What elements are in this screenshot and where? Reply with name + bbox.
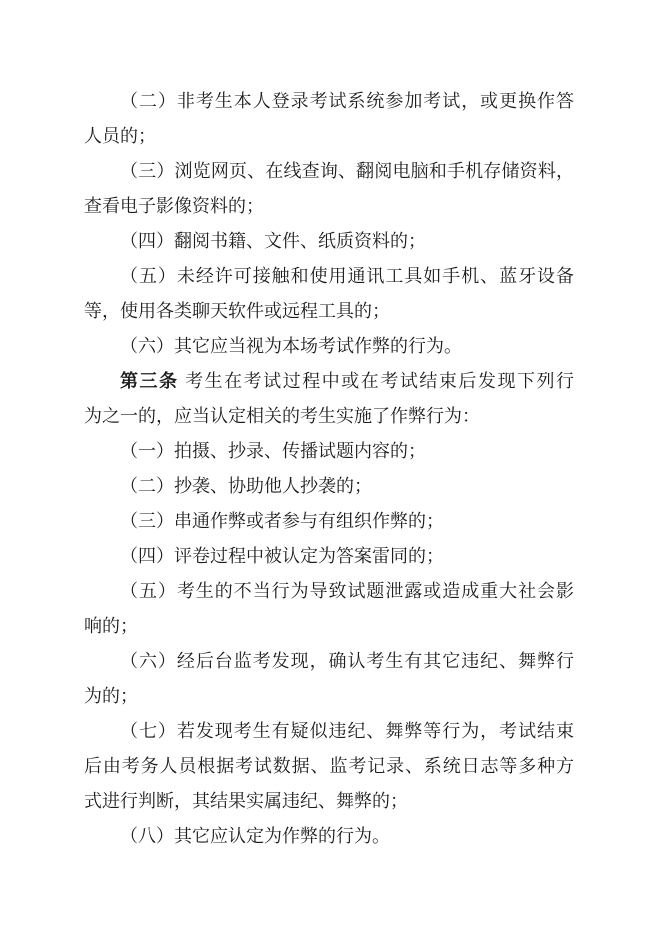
paragraph: （四）翻阅书籍、文件、纸质资料的； (84, 224, 574, 259)
text-line: （五）未经许可接触和使用通讯工具如手机、蓝牙设备 (84, 259, 574, 294)
text-line: （二）非考生本人登录考试系统参加考试，或更换作答 (84, 84, 574, 119)
text-line: 查看电子影像资料的； (84, 189, 574, 224)
text-line: （七）若发现考生有疑似违纪、舞弊等行为，考试结束 (84, 714, 574, 749)
text-line: （四）评卷过程中被认定为答案雷同的； (84, 539, 574, 574)
text-line: 人员的； (84, 119, 574, 154)
text-line: （四）翻阅书籍、文件、纸质资料的； (84, 224, 574, 259)
text-line: （五）考生的不当行为导致试题泄露或造成重大社会影 (84, 574, 574, 609)
text-line: （六）经后台监考发现，确认考生有其它违纪、舞弊行 (84, 644, 574, 679)
paragraph: （二）非考生本人登录考试系统参加考试，或更换作答人员的； (84, 84, 574, 154)
text-line: 后由考务人员根据考试数据、监考记录、系统日志等多种方 (84, 749, 574, 784)
paragraph: （六）经后台监考发现，确认考生有其它违纪、舞弊行为的； (84, 644, 574, 714)
text-line: 为之一的，应当认定相关的考生实施了作弊行为： (84, 399, 574, 434)
text-line: （三）浏览网页、在线查询、翻阅电脑和手机存储资料， (84, 154, 574, 189)
text-line: 为的； (84, 679, 574, 714)
text-line: （八）其它应认定为作弊的行为。 (84, 819, 574, 854)
paragraph: （七）若发现考生有疑似违纪、舞弊等行为，考试结束后由考务人员根据考试数据、监考记… (84, 714, 574, 819)
document-body: （二）非考生本人登录考试系统参加考试，或更换作答人员的；（三）浏览网页、在线查询… (84, 84, 574, 854)
text-line: （二）抄袭、协助他人抄袭的； (84, 469, 574, 504)
paragraph: （四）评卷过程中被认定为答案雷同的； (84, 539, 574, 574)
paragraph: 第三条 考生在考试过程中或在考试结束后发现下列行为之一的，应当认定相关的考生实施… (84, 364, 574, 434)
document-page: （二）非考生本人登录考试系统参加考试，或更换作答人员的；（三）浏览网页、在线查询… (0, 0, 662, 936)
paragraph: （三）浏览网页、在线查询、翻阅电脑和手机存储资料，查看电子影像资料的； (84, 154, 574, 224)
paragraph: （五）考生的不当行为导致试题泄露或造成重大社会影响的； (84, 574, 574, 644)
paragraph: （六）其它应当视为本场考试作弊的行为。 (84, 329, 574, 364)
text-line: （一）拍摄、抄录、传播试题内容的； (84, 434, 574, 469)
paragraph: （二）抄袭、协助他人抄袭的； (84, 469, 574, 504)
text-line: （三）串通作弊或者参与有组织作弊的； (84, 504, 574, 539)
text-line: 第三条 考生在考试过程中或在考试结束后发现下列行 (84, 364, 574, 399)
paragraph: （三）串通作弊或者参与有组织作弊的； (84, 504, 574, 539)
text-line: （六）其它应当视为本场考试作弊的行为。 (84, 329, 574, 364)
text-line: 响的； (84, 609, 574, 644)
paragraph: （一）拍摄、抄录、传播试题内容的； (84, 434, 574, 469)
text-line: 等，使用各类聊天软件或远程工具的； (84, 294, 574, 329)
text-line: 式进行判断，其结果实属违纪、舞弊的； (84, 784, 574, 819)
paragraph: （八）其它应认定为作弊的行为。 (84, 819, 574, 854)
article-number: 第三条 (120, 371, 179, 391)
paragraph: （五）未经许可接触和使用通讯工具如手机、蓝牙设备等，使用各类聊天软件或远程工具的… (84, 259, 574, 329)
